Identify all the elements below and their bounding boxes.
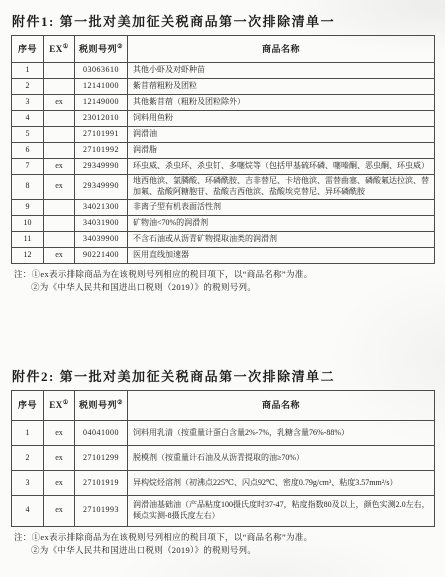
- cell-no: 5: [12, 127, 44, 143]
- table-row: 212141000紫苜蓿粗粉及团粒: [12, 79, 435, 95]
- cell-code: 04041000: [75, 420, 128, 445]
- footnote-tariff-schedule: ②为《中华人民共和国进出口税则（2019）》的税则号列。: [14, 281, 435, 294]
- attachment2-footnotes: 注：①ex表示排除商品为在该税则号列相应的税目项下，以“商品名称”为准。 ②为《…: [14, 531, 435, 557]
- table-row: 2ex27101299脱模剂（按重量计石油及从沥青提取的油≥70%）: [12, 445, 435, 470]
- cell-ex: ex: [44, 495, 75, 526]
- cell-ex: [44, 231, 75, 247]
- cell-no: 1: [12, 420, 44, 445]
- cell-no: 2: [12, 445, 44, 470]
- table-row: 527101991润滑油: [12, 127, 435, 143]
- table-row: 8ex29349990地西他滨、氯膦酸、环磷酰胺、吉非替尼、卡培他滨、雷替曲塞、…: [12, 175, 435, 200]
- table-row: 3ex12149000其他紫苜蓿（粗粉及团粒除外）: [12, 95, 435, 111]
- header-ex-flag: EX①: [44, 36, 75, 63]
- cell-ex: ex: [44, 445, 75, 470]
- header-tariff-code: 税则号列②: [75, 390, 128, 420]
- table-row: 1134039900不含石油或从沥青矿物提取油类的润滑剂: [12, 231, 435, 247]
- cell-no: 10: [12, 215, 44, 231]
- cell-no: 9: [12, 199, 44, 215]
- cell-code: 12141000: [75, 79, 128, 95]
- cell-no: 3: [12, 470, 44, 495]
- cell-ex: ex: [44, 470, 75, 495]
- cell-no: 12: [12, 247, 44, 263]
- cell-name: 饲料用乳清（按重量计蛋白含量2%-7%，乳糖含量76%-88%）: [128, 420, 435, 445]
- cell-name: 地西他滨、氯膦酸、环磷酰胺、吉非替尼、卡培他滨、雷替曲塞、磷酸氟达拉滨、替加氟、…: [128, 175, 435, 200]
- cell-no: 6: [12, 143, 44, 159]
- cell-ex: [44, 63, 75, 79]
- cell-no: 3: [12, 95, 44, 111]
- table-row: 3ex27101919异构烷烃溶剂（初沸点225℃、闪点92℃、密度0.79g/…: [12, 470, 435, 495]
- table-row: 12ex90221400医用直线加速器: [12, 247, 435, 263]
- cell-code: 03063610: [75, 63, 128, 79]
- cell-ex: [44, 143, 75, 159]
- cell-name: 紫苜蓿粗粉及团粒: [128, 79, 435, 95]
- cell-name: 不含石油或从沥青矿物提取油类的润滑剂: [128, 231, 435, 247]
- cell-no: 2: [12, 79, 44, 95]
- header-serial-number: 序号: [12, 390, 44, 420]
- cell-no: 11: [12, 231, 44, 247]
- cell-code: 27101992: [75, 143, 128, 159]
- table-row: 4ex27101993润滑油基础油（产品粘度100摄氏度时37-47，粘度指数8…: [12, 495, 435, 526]
- cell-ex: ex: [44, 420, 75, 445]
- cell-ex: [44, 199, 75, 215]
- table-row: 1ex04041000饲料用乳清（按重量计蛋白含量2%-7%，乳糖含量76%-8…: [12, 420, 435, 445]
- cell-ex: ex: [44, 175, 75, 200]
- cell-ex: [44, 215, 75, 231]
- cell-no: 1: [12, 63, 44, 79]
- cell-no: 4: [12, 111, 44, 127]
- cell-code: 34021300: [75, 199, 128, 215]
- cell-ex: [44, 127, 75, 143]
- footnote-ex-definition: 注：①ex表示排除商品为在该税则号列相应的税目项下，以“商品名称”为准。: [14, 268, 435, 281]
- cell-name: 饲料用鱼粉: [128, 111, 435, 127]
- table-row: 1034031900矿物油<70%的润滑剂: [12, 215, 435, 231]
- cell-name: 润滑脂: [128, 143, 435, 159]
- attachment2-title: 附件2: 第一批对美加征关税商品第一次排除清单二: [12, 366, 435, 385]
- cell-code: 23012010: [75, 111, 128, 127]
- cell-code: 27101919: [75, 470, 128, 495]
- scanned-document-page: 附件1: 第一批对美加征关税商品第一次排除清单一 序号 EX① 税则号列② 商品…: [0, 0, 445, 557]
- cell-name: 其他紫苜蓿（粗粉及团粒除外）: [128, 95, 435, 111]
- cell-code: 29349990: [75, 159, 128, 175]
- header-product-name: 商品名称: [128, 390, 435, 420]
- cell-no: 8: [12, 175, 44, 200]
- cell-name: 润滑油基础油（产品粘度100摄氏度时37-47，粘度指数80及以上，颜色实测2.…: [128, 495, 435, 526]
- cell-name: 脱模剂（按重量计石油及从沥青提取的油≥70%）: [128, 445, 435, 470]
- cell-name: 环虫威、杀虫环、杀虫钉、多噻烷等（包括甲基硫环磷、噻嗪酮、恶虫酮、环虫威）: [128, 159, 435, 175]
- cell-code: 90221400: [75, 247, 128, 263]
- cell-ex: [44, 111, 75, 127]
- table-row: 7ex29349990环虫威、杀虫环、杀虫钉、多噻烷等（包括甲基硫环磷、噻嗪酮、…: [12, 159, 435, 175]
- footnote-tariff-schedule: ②为《中华人民共和国进出口税则（2019）》的税则号列。: [14, 544, 435, 557]
- table-row: 423012010饲料用鱼粉: [12, 111, 435, 127]
- attachment1-table-header: 序号 EX① 税则号列② 商品名称: [12, 36, 435, 63]
- cell-code: 29349990: [75, 175, 128, 200]
- cell-no: 7: [12, 159, 44, 175]
- cell-code: 34039900: [75, 231, 128, 247]
- cell-name: 润滑油: [128, 127, 435, 143]
- cell-code: 34031900: [75, 215, 128, 231]
- cell-code: 27101993: [75, 495, 128, 526]
- cell-ex: ex: [44, 159, 75, 175]
- attachment2-section: 附件2: 第一批对美加征关税商品第一次排除清单二 序号 EX① 税则号列② 商品…: [11, 366, 435, 557]
- header-serial-number: 序号: [12, 36, 44, 63]
- cell-code: 27101299: [75, 445, 128, 470]
- attachment2-table: 序号 EX① 税则号列② 商品名称 1ex04041000饲料用乳清（按重量计蛋…: [11, 390, 435, 527]
- cell-no: 4: [12, 495, 44, 526]
- header-ex-flag: EX①: [44, 390, 75, 420]
- cell-name: 异构烷烃溶剂（初沸点225℃、闪点92℃、密度0.79g/cm³、粘度3.57m…: [128, 470, 435, 495]
- cell-ex: ex: [44, 247, 75, 263]
- cell-name: 医用直线加速器: [128, 247, 435, 263]
- table-row: 627101992润滑脂: [12, 143, 435, 159]
- header-product-name: 商品名称: [128, 36, 435, 63]
- table-row: 934021300非离子型有机表面活性剂: [12, 199, 435, 215]
- footnote-ex-definition: 注：①ex表示排除商品为在该税则号列相应的税目项下，以“商品名称”为准。: [14, 531, 435, 544]
- attachment2-table-header: 序号 EX① 税则号列② 商品名称: [12, 390, 435, 420]
- attachment1-title: 附件1: 第一批对美加征关税商品第一次排除清单一: [12, 11, 435, 30]
- attachment1-section: 附件1: 第一批对美加征关税商品第一次排除清单一 序号 EX① 税则号列② 商品…: [11, 11, 435, 294]
- cell-ex: ex: [44, 95, 75, 111]
- attachment2-table-body: 1ex04041000饲料用乳清（按重量计蛋白含量2%-7%，乳糖含量76%-8…: [12, 420, 435, 526]
- attachment1-table-body: 103063610其他小虾及对虾种苗212141000紫苜蓿粗粉及团粒3ex12…: [12, 63, 435, 264]
- attachment1-table: 序号 EX① 税则号列② 商品名称 103063610其他小虾及对虾种苗2121…: [11, 35, 435, 264]
- cell-name: 矿物油<70%的润滑剂: [128, 215, 435, 231]
- cell-code: 27101991: [75, 127, 128, 143]
- cell-name: 其他小虾及对虾种苗: [128, 63, 435, 79]
- header-tariff-code: 税则号列②: [75, 36, 128, 63]
- attachment1-footnotes: 注：①ex表示排除商品为在该税则号列相应的税目项下，以“商品名称”为准。 ②为《…: [14, 268, 435, 294]
- cell-name: 非离子型有机表面活性剂: [128, 199, 435, 215]
- cell-ex: [44, 79, 75, 95]
- table-row: 103063610其他小虾及对虾种苗: [12, 63, 435, 79]
- cell-code: 12149000: [75, 95, 128, 111]
